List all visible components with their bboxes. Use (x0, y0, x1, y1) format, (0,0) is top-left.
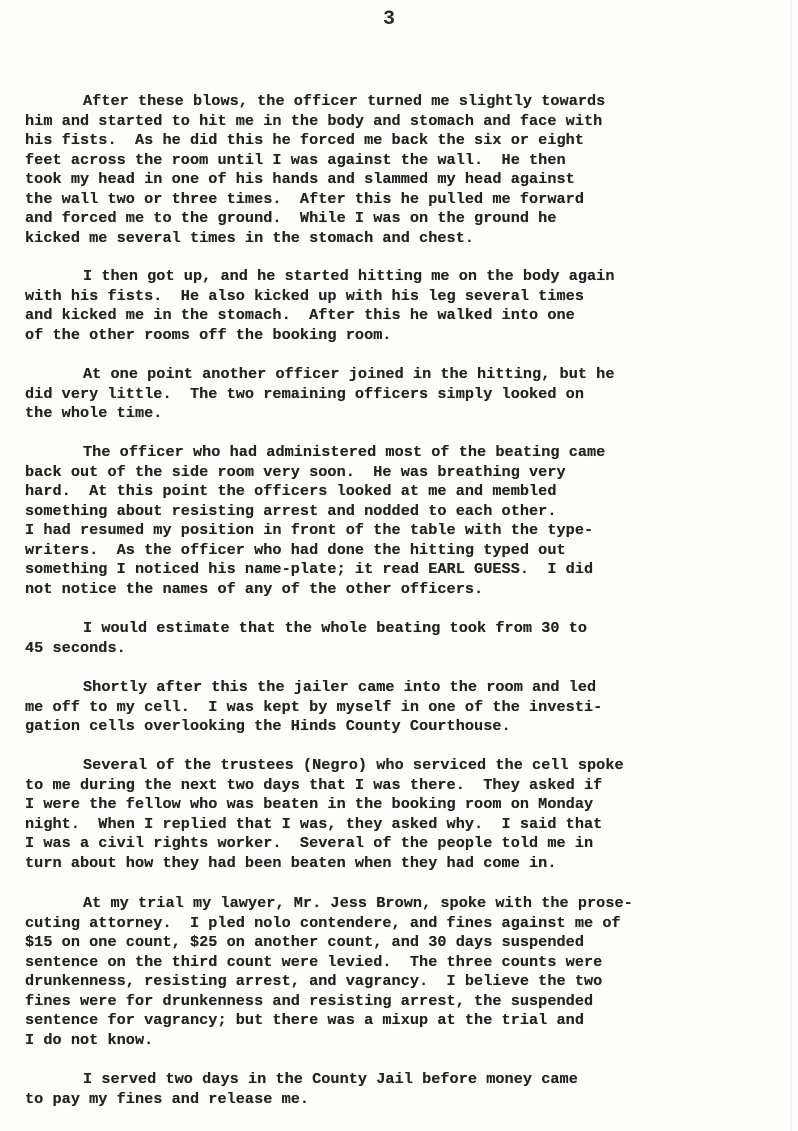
text-line: gation cells overlooking the Hinds Count… (25, 717, 511, 735)
text-line: him and started to hit me in the body an… (25, 112, 602, 130)
text-line: I had resumed my position in front of th… (25, 521, 593, 539)
text-line: kicked me several times in the stomach a… (25, 229, 474, 247)
text-line: me off to my cell. I was kept by myself … (25, 698, 602, 716)
text-line: writers. As the officer who had done the… (25, 541, 566, 559)
text-line: fines were for drunkenness and resisting… (25, 992, 593, 1010)
text-line: the wall two or three times. After this … (25, 190, 584, 208)
text-line: Shortly after this the jailer came into … (83, 678, 596, 696)
text-line: and forced me to the ground. While I was… (25, 209, 557, 227)
text-line: sentence on the third count were levied.… (25, 953, 602, 971)
text-line: something about resisting arrest and nod… (25, 502, 557, 520)
document-page: 3 After these blows, the officer turned … (0, 0, 798, 1131)
text-line: Several of the trustees (Negro) who serv… (83, 756, 624, 774)
text-line: with his fists. He also kicked up with h… (25, 287, 584, 305)
text-line: hard. At this point the officers looked … (25, 482, 557, 500)
text-line: I do not know. (25, 1031, 153, 1049)
text-line: I would estimate that the whole beating … (83, 619, 587, 637)
text-line: I was a civil rights worker. Several of … (25, 834, 593, 852)
text-line: drunkenness, resisting arrest, and vagra… (25, 972, 602, 990)
text-line: I were the fellow who was beaten in the … (25, 795, 593, 813)
text-line: did very little. The two remaining offic… (25, 385, 584, 403)
text-line: something I noticed his name-plate; it r… (25, 560, 593, 578)
text-line: cuting attorney. I pled nolo contendere,… (25, 914, 621, 932)
text-line: night. When I replied that I was, they a… (25, 815, 602, 833)
text-line: $15 on one count, $25 on another count, … (25, 933, 584, 951)
text-line: feet across the room until I was against… (25, 151, 566, 169)
text-line: took my head in one of his hands and sla… (25, 170, 575, 188)
text-line: sentence for vagrancy; but there was a m… (25, 1011, 584, 1029)
text-line: I then got up, and he started hitting me… (83, 267, 615, 285)
text-line: I served two days in the County Jail bef… (83, 1070, 578, 1088)
text-line: and kicked me in the stomach. After this… (25, 306, 575, 324)
text-line: the whole time. (25, 404, 162, 422)
page-edge-shadow (790, 0, 792, 1131)
text-line: to pay my fines and release me. (25, 1090, 309, 1108)
text-line: his fists. As he did this he forced me b… (25, 131, 584, 149)
text-line: 45 seconds. (25, 639, 126, 657)
text-line: of the other rooms off the booking room. (25, 326, 392, 344)
text-line: turn about how they had been beaten when… (25, 854, 557, 872)
page-number: 3 (383, 8, 395, 31)
text-line: After these blows, the officer turned me… (83, 92, 605, 110)
text-line: not notice the names of any of the other… (25, 580, 483, 598)
text-line: The officer who had administered most of… (83, 443, 605, 461)
text-line: At one point another officer joined in t… (83, 365, 615, 383)
text-line: At my trial my lawyer, Mr. Jess Brown, s… (83, 894, 633, 912)
text-line: back out of the side room very soon. He … (25, 463, 566, 481)
text-line: to me during the next two days that I wa… (25, 776, 602, 794)
